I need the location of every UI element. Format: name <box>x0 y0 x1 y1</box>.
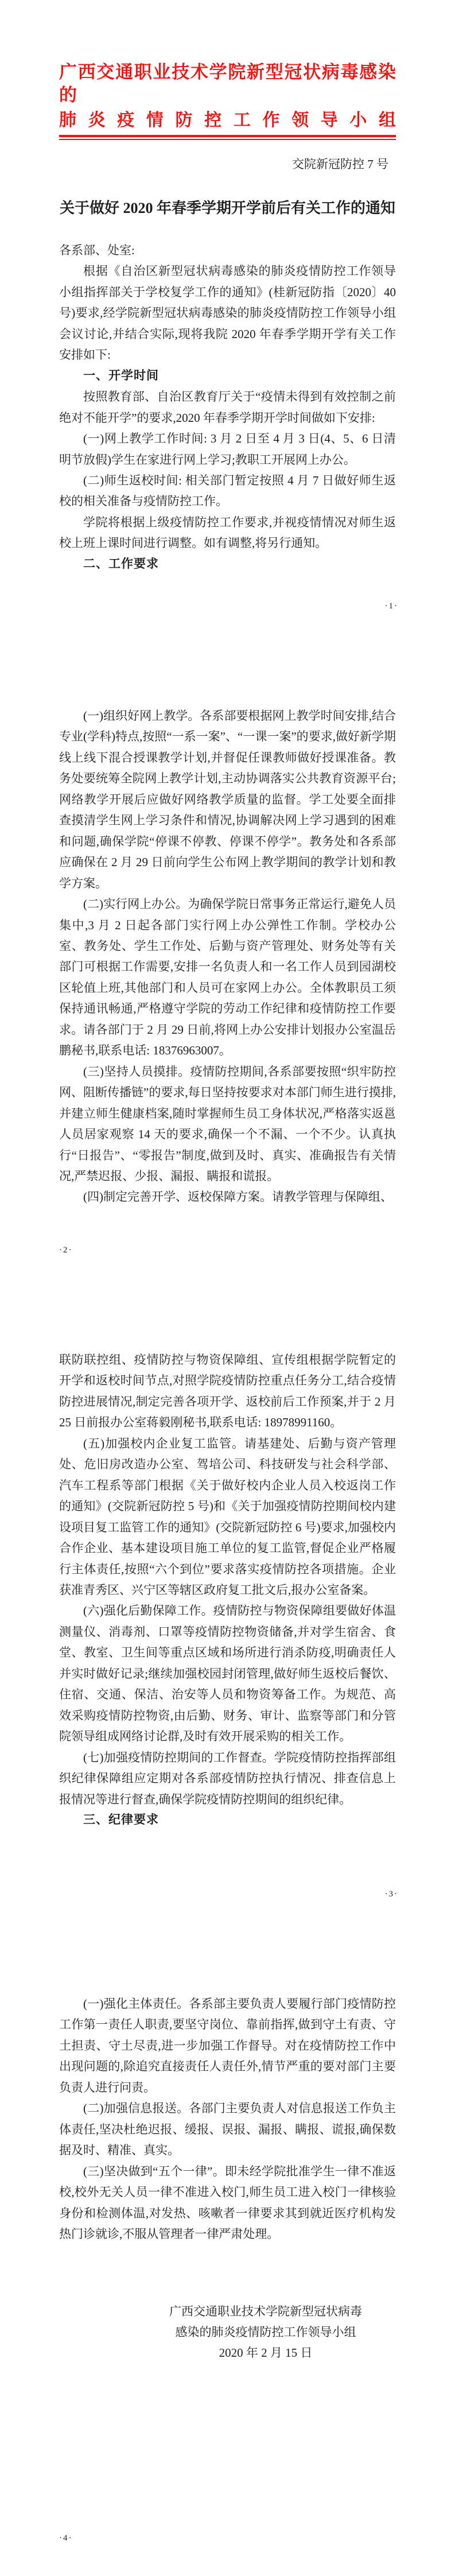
section-heading: 三、纪律要求 <box>59 1810 396 1830</box>
page-number-3: ·3· <box>59 1890 398 1899</box>
salutation: 各系部、处室: <box>59 240 396 261</box>
paragraph: (四)制定完善开学、返校保障方案。请教学管理与保障组、 <box>59 1186 396 1207</box>
page-3-body: 联防联控组、疫情防控与物资保障组、宣传组根据学院暂定的开学和返校时间节点,对照学… <box>59 1288 396 1830</box>
page-2-body: (一)组织好网上教学。各系部要根据网上教学时间安排,结合专业(学科)特点,按照“… <box>59 644 396 1208</box>
page-number-1: ·1· <box>59 602 398 611</box>
signature-date: 2020 年 2 月 15 日 <box>162 2342 369 2363</box>
section-heading: 二、工作要求 <box>59 554 396 575</box>
paragraph: (七)加强疫情防控期间的工作督查。学院疫情防控指挥部组织纪律保障组应定期对各系部… <box>59 1747 396 1810</box>
paragraph: (三)坚持人员摸排。疫情防控期间,各系部要按照“织牢防控网、阻断传播链”的要求,… <box>59 1061 396 1187</box>
paragraph: (五)加强校内企业复工监管。请基建处、后勤与资产管理处、危旧房改造办公室、驾培公… <box>59 1433 396 1601</box>
signature-org-line1: 广西交通职业技术学院新型冠状病毒 <box>162 2301 369 2322</box>
page-number-4: ·4· <box>59 2534 398 2543</box>
paragraph: 按照教育部、自治区教育厅关于“疫情未得到有效控制之前绝对不能开学”的要求,202… <box>59 386 396 428</box>
document-number: 交院新冠防控 7 号 <box>59 158 396 170</box>
paragraph: 根据《自治区新型冠状病毒感染的肺炎疫情防控工作领导小组指挥部关于学校复学工作的通… <box>59 261 396 365</box>
document-page-2: (一)组织好网上教学。各系部要根据网上教学时间安排,结合专业(学科)特点,按照“… <box>0 644 455 1288</box>
signature-org-line2: 感染的肺炎疫情防控工作领导小组 <box>162 2322 369 2342</box>
paragraph: (三)坚决做到“五个一律”。即未经学院批准学生一律不准返校,校外无关人员一律不准… <box>59 2161 396 2245</box>
document-page-4: (一)强化主体责任。各系部主要负责人要履行部门疫情防控工作第一责任人职责,要坚守… <box>0 1932 455 2576</box>
letterhead-double-rule <box>59 135 396 140</box>
document-page-3: 联防联控组、疫情防控与物资保障组、宣传组根据学院暂定的开学和返校时间节点,对照学… <box>0 1288 455 1932</box>
paragraph: (二)实行网上办公。为确保学院日常事务正常运行,避免人员集中,3 月 2 日起各… <box>59 894 396 1061</box>
paragraph: (一)强化主体责任。各系部主要负责人要履行部门疫情防控工作第一责任人职责,要坚守… <box>59 1993 396 2098</box>
paragraph: (一)网上教学工作时间: 3 月 2 日至 4 月 3 日(4、5、6 日清明节… <box>59 428 396 470</box>
document-page-1: 广西交通职业技术学院新型冠状病毒感染的 肺炎疫情防控工作领导小组 交院新冠防控 … <box>0 0 455 644</box>
paragraph: (二)师生返校时间: 相关部门暂定按照 4 月 7 日做好师生返校的相关准备与疫… <box>59 470 396 512</box>
signature-block: 广西交通职业技术学院新型冠状病毒 感染的肺炎疫情防控工作领导小组 2020 年 … <box>162 2301 369 2363</box>
paragraph: 学院将根据上级疫情防控工作要求,并视疫情情况对师生返校上班上课时间进行调整。如有… <box>59 512 396 554</box>
paragraph: (六)强化后勤保障工作。疫情防控与物资保障组要做好体温测量仪、消毒剂、口罩等疫情… <box>59 1600 396 1747</box>
letterhead-org-line2: 肺炎疫情防控工作领导小组 <box>59 110 396 131</box>
page-4-body: (一)强化主体责任。各系部主要负责人要履行部门疫情防控工作第一责任人职责,要坚守… <box>59 1932 396 2244</box>
paragraph: (二)加强信息报送。各部门主要负责人对信息报送工作负主体责任,坚决杜绝迟报、缓报… <box>59 2098 396 2160</box>
section-heading: 一、开学时间 <box>59 366 396 386</box>
paragraph: (一)组织好网上教学。各系部要根据网上教学时间安排,结合专业(学科)特点,按照“… <box>59 705 396 894</box>
document-title: 关于做好 2020 年春季学期开学前后有关工作的通知 <box>59 199 396 218</box>
paragraph: 联防联控组、疫情防控与物资保障组、宣传组根据学院暂定的开学和返校时间节点,对照学… <box>59 1349 396 1433</box>
page-number-2: ·2· <box>59 1246 398 1255</box>
letterhead-org-line1: 广西交通职业技术学院新型冠状病毒感染的 <box>59 61 396 107</box>
page-1-body: 各系部、处室:根据《自治区新型冠状病毒感染的肺炎疫情防控工作领导小组指挥部关于学… <box>59 240 396 575</box>
red-letterhead: 广西交通职业技术学院新型冠状病毒感染的 肺炎疫情防控工作领导小组 <box>59 0 396 140</box>
